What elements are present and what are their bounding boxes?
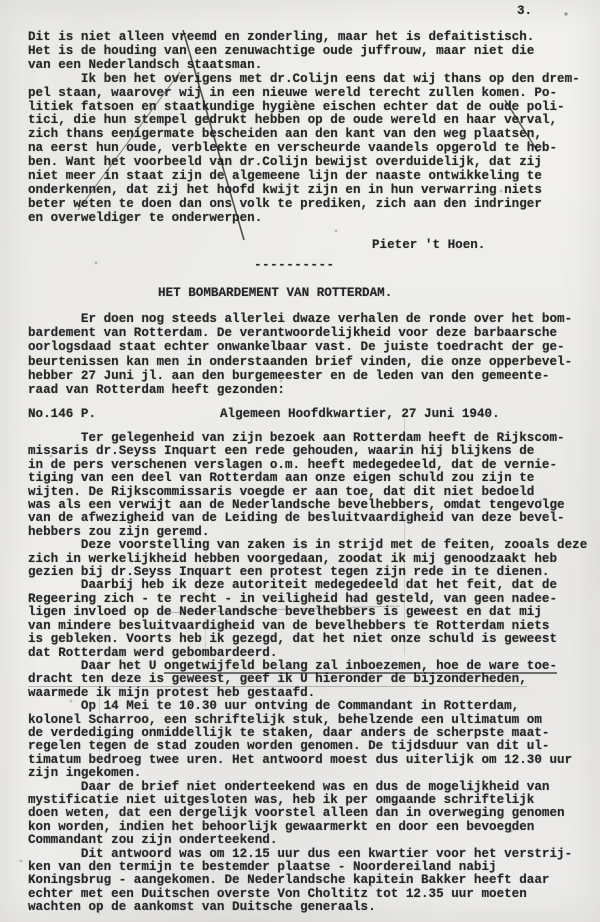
page-number: 3. xyxy=(517,4,532,18)
article-intro: Er doen nog steeds allerlei dwaze verhal… xyxy=(28,312,572,397)
letter-dateline: Algemeen Hoofdkwartier, 27 Juni 1940. xyxy=(220,407,500,421)
opinion-article-body: Dit is niet alleen vreemd en zonderling,… xyxy=(28,31,580,226)
scanned-document-page: 3. Dit is niet alleen vreemd en zonderli… xyxy=(0,0,600,922)
article-title: HET BOMBARDEMENT VAN ROTTERDAM. xyxy=(158,286,392,300)
separator-dashes: ---------- xyxy=(254,258,335,272)
letter-reference-number: No.146 P. xyxy=(28,407,96,421)
letter-body: Ter gelegenheid van zijn bezoek aan Rott… xyxy=(28,432,587,915)
author-signature: Pieter 't Hoen. xyxy=(372,238,485,252)
